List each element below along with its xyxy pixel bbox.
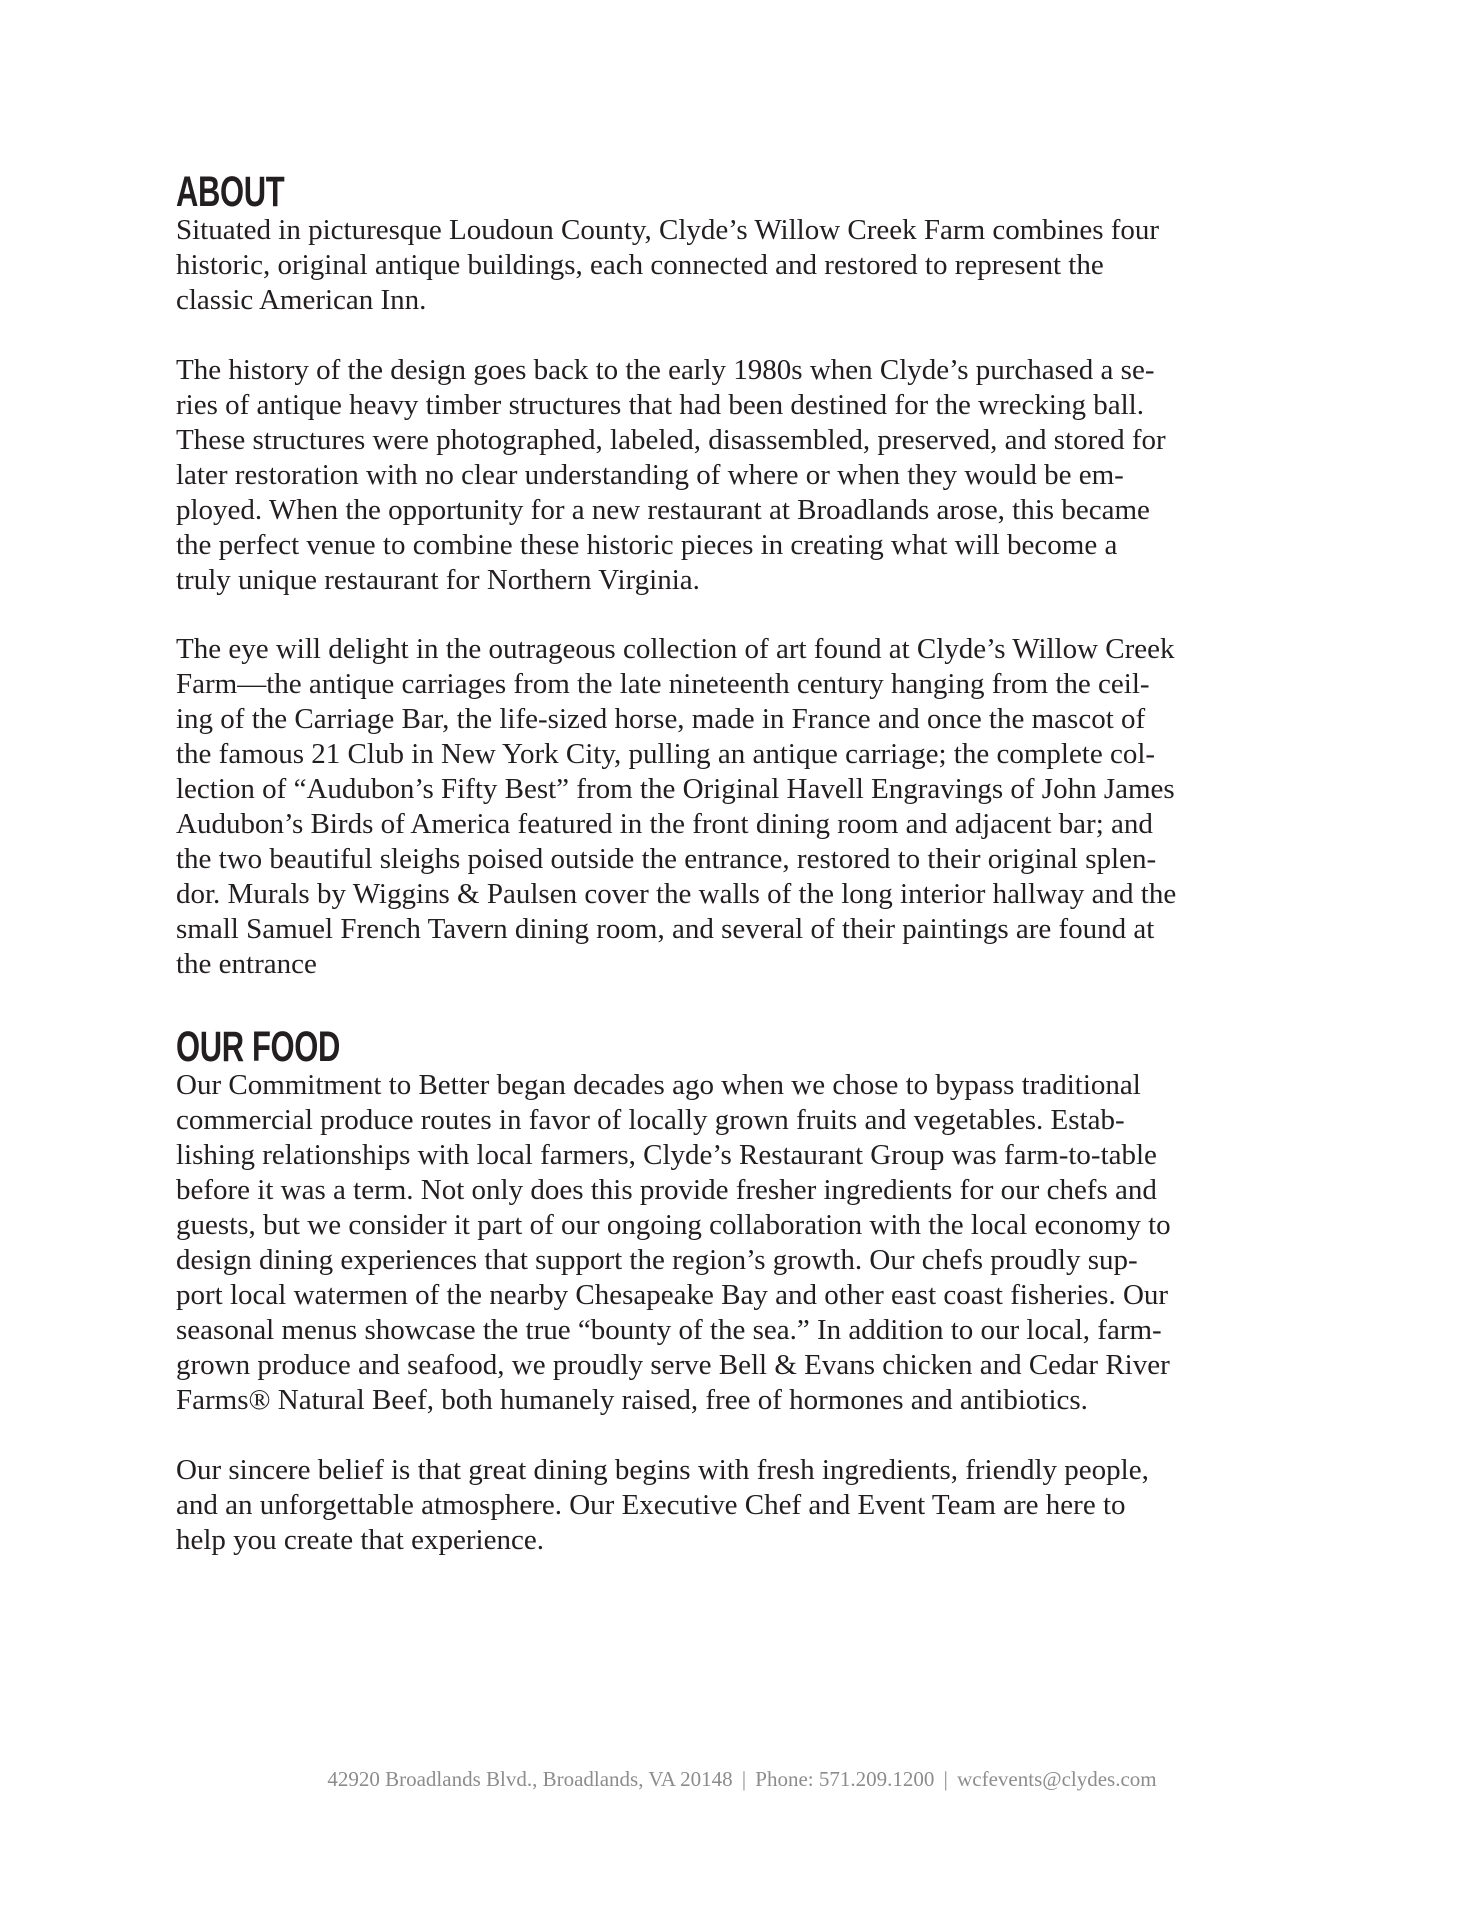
about-paragraph-2: The history of the design goes back to t… <box>176 353 1376 598</box>
text-line: ing of the Carriage Bar, the life-sized … <box>176 702 1376 737</box>
text-line: classic American Inn. <box>176 283 1376 318</box>
text-line: design dining experiences that support t… <box>176 1243 1376 1278</box>
footer-phone[interactable]: Phone: 571.209.1200 <box>755 1767 934 1791</box>
text-line: dor. Murals by Wiggins & Paulsen cover t… <box>176 877 1376 912</box>
footer-address: 42920 Broadlands Blvd., Broadlands, VA 2… <box>327 1767 732 1791</box>
text-line: ployed. When the opportunity for a new r… <box>176 493 1376 528</box>
section-heading-our-food: OUR FOOD <box>176 1026 340 1069</box>
text-line: lishing relationships with local farmers… <box>176 1138 1376 1173</box>
text-line: the entrance <box>176 947 1376 982</box>
food-paragraph-2: Our sincere belief is that great dining … <box>176 1453 1376 1558</box>
text-line: seasonal menus showcase the true “bounty… <box>176 1313 1376 1348</box>
contact-footer: 42920 Broadlands Blvd., Broadlands, VA 2… <box>0 1769 1484 1790</box>
text-line: Farms® Natural Beef, both humanely raise… <box>176 1383 1376 1418</box>
text-line: help you create that experience. <box>176 1523 1376 1558</box>
text-line: the perfect venue to combine these histo… <box>176 528 1376 563</box>
text-line: the two beautiful sleighs poised outside… <box>176 842 1376 877</box>
text-line: historic, original antique buildings, ea… <box>176 248 1376 283</box>
food-paragraph-1: Our Commitment to Better began decades a… <box>176 1068 1376 1418</box>
text-line: commercial produce routes in favor of lo… <box>176 1103 1376 1138</box>
text-line: the famous 21 Club in New York City, pul… <box>176 737 1376 772</box>
text-line: small Samuel French Tavern dining room, … <box>176 912 1376 947</box>
footer-separator: | <box>940 1767 952 1791</box>
footer-separator: | <box>738 1767 750 1791</box>
text-line: Audubon’s Birds of America featured in t… <box>176 807 1376 842</box>
text-line: guests, but we consider it part of our o… <box>176 1208 1376 1243</box>
text-line: grown produce and seafood, we proudly se… <box>176 1348 1376 1383</box>
section-heading-about: ABOUT <box>176 171 284 214</box>
about-paragraph-3: The eye will delight in the outrageous c… <box>176 632 1376 982</box>
text-line: later restoration with no clear understa… <box>176 458 1376 493</box>
text-line: and an unforgettable atmosphere. Our Exe… <box>176 1488 1376 1523</box>
text-line: lection of “Audubon’s Fifty Best” from t… <box>176 772 1376 807</box>
document-page: ABOUT Situated in picturesque Loudoun Co… <box>0 0 1484 1920</box>
text-line: Situated in picturesque Loudoun County, … <box>176 213 1376 248</box>
text-line: truly unique restaurant for Northern Vir… <box>176 563 1376 598</box>
about-paragraph-1: Situated in picturesque Loudoun County, … <box>176 213 1376 318</box>
text-line: Farm—the antique carriages from the late… <box>176 667 1376 702</box>
text-line: Our Commitment to Better began decades a… <box>176 1068 1376 1103</box>
text-line: ries of antique heavy timber structures … <box>176 388 1376 423</box>
text-line: The history of the design goes back to t… <box>176 353 1376 388</box>
text-line: Our sincere belief is that great dining … <box>176 1453 1376 1488</box>
text-line: These structures were photographed, labe… <box>176 423 1376 458</box>
text-line: before it was a term. Not only does this… <box>176 1173 1376 1208</box>
footer-email-link[interactable]: wcfevents@clydes.com <box>957 1767 1157 1791</box>
text-line: port local watermen of the nearby Chesap… <box>176 1278 1376 1313</box>
text-line: The eye will delight in the outrageous c… <box>176 632 1376 667</box>
